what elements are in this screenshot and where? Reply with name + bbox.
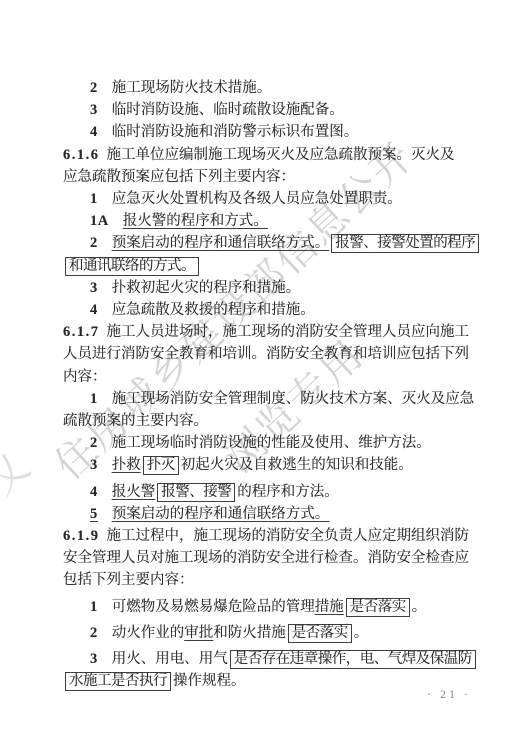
body-text: 人员进行消防安全教育和培训。消防安全教育和培训应包括下列 [63, 346, 469, 362]
body-text: 。 [354, 625, 369, 641]
body-text: 安全管理人员对施工现场的消防安全进行检查。消防安全检查应 [63, 550, 469, 566]
revision-underlined-text: 报火警 [112, 484, 156, 500]
clause-line: 6.1.7施工人员进场时，施工现场的消防安全管理人员应向施工 [63, 321, 475, 343]
item-number: 5 [90, 506, 98, 522]
body-text: 疏散预案的主要内容。 [63, 413, 208, 429]
item-number: 1A [90, 213, 109, 229]
revision-boxed-text: 是否存在违章操作，电、气焊及保温防 [230, 650, 476, 669]
list-item-line: 1A报火警的程序和方式。 [63, 210, 475, 232]
list-item-line: 3临时消防设施、临时疏散设施配备。 [63, 99, 475, 121]
revision-boxed-text: 是否落实 [346, 598, 410, 617]
revision-underlined-text: 审批 [184, 625, 213, 641]
body-text: 内容： [63, 369, 107, 385]
revision-underlined-text: 预案启动的程序和通信联络方式。 [112, 506, 330, 522]
revision-underlined-text: 措施 [315, 599, 344, 615]
list-item-line: 2预案启动的程序和通信联络方式。报警、接警处置的程序 [63, 232, 475, 254]
list-item-line: 3扑救扑灭初起火灾及自救逃生的知识和技能。 [63, 454, 475, 476]
list-item-line: 1可燃物及易燃易爆危险品的管理措施是否落实。 [63, 596, 475, 618]
list-item-line: 2动火作业的审批和防火措施是否落实。 [63, 622, 475, 644]
item-number: 1 [90, 191, 98, 207]
revision-boxed-text: 扑灭 [143, 456, 179, 475]
item-number: 2 [90, 80, 98, 96]
clause-number: 6.1.9 [63, 528, 100, 544]
body-text: 用火、用电、用气 [112, 651, 228, 667]
body-text: 包括下列主要内容： [63, 572, 194, 588]
wrapped-text-line: 和通讯联络的方式。 [63, 255, 475, 277]
wrapped-text-line: 内容： [63, 366, 475, 388]
list-item-line: 1应急灭火处置机构及各级人员应急处置职责。 [63, 188, 475, 210]
list-item-line: 1施工现场消防安全管理制度、防火技术方案、灭火及应急 [63, 388, 475, 410]
revision-boxed-text: 报警、接警 [157, 483, 235, 502]
list-item-line: 2施工现场临时消防设施的性能及使用、维护方法。 [63, 432, 475, 454]
page-number: · 21 · [427, 687, 471, 702]
watermark-fragment: 乂 [0, 444, 39, 503]
clause-line: 6.1.6施工单位应编制施工现场灭火及应急疏散预案。灭火及 [63, 144, 475, 166]
item-number: 4 [90, 124, 98, 140]
body-text: 施工人员进场时，施工现场的消防安全管理人员应向施工 [107, 324, 470, 340]
item-number: 3 [90, 280, 98, 296]
item-number: 1 [90, 391, 98, 407]
document-page: 住房城乡建设部信息公开 浏览专用 乂 2施工现场防火技术措施。3临时消防设施、临… [0, 0, 529, 738]
revision-boxed-text: 报警、接警处置的程序 [331, 234, 479, 253]
revision-underlined-text: 扑救 [112, 457, 141, 473]
body-text: 和防火措施 [213, 625, 286, 641]
item-number: 4 [90, 484, 98, 500]
item-number: 2 [90, 625, 98, 641]
body-text: 临时消防设施和消防警示标识布置图。 [112, 124, 359, 140]
clause-number: 6.1.7 [63, 324, 100, 340]
wrapped-text-line: 水施工是否执行操作规程。 [63, 670, 475, 692]
item-number: 2 [90, 235, 98, 251]
body-text: 施工过程中，施工现场的消防安全负责人应定期组织消防 [107, 528, 470, 544]
list-item-line: 4报火警报警、接警的程序和方法。 [63, 481, 475, 503]
wrapped-text-line: 疏散预案的主要内容。 [63, 410, 475, 432]
list-item-line: 2施工现场防火技术措施。 [63, 77, 475, 99]
wrapped-text-line: 包括下列主要内容： [63, 569, 475, 591]
item-number: 3 [90, 457, 98, 473]
body-text: 的程序和方法。 [237, 484, 339, 500]
item-number: 1 [90, 599, 98, 615]
revision-boxed-text: 和通讯联络的方式。 [65, 257, 199, 276]
wrapped-text-line: 安全管理人员对施工现场的消防安全进行检查。消防安全检查应 [63, 547, 475, 569]
body-text: 初起火灾及自救逃生的知识和技能。 [181, 457, 413, 473]
revision-underlined-text: 预案启动的程序和通信联络方式。 [112, 235, 330, 251]
body-text: 应急灭火处置机构及各级人员应急处置职责。 [112, 191, 402, 207]
body-text: 施工现场防火技术措施。 [112, 80, 272, 96]
body-text: 施工现场消防安全管理制度、防火技术方案、灭火及应急 [112, 391, 475, 407]
page-content: 2施工现场防火技术措施。3临时消防设施、临时疏散设施配备。4临时消防设施和消防警… [63, 77, 475, 692]
item-number: 4 [90, 302, 98, 318]
body-text: 施工现场临时消防设施的性能及使用、维护方法。 [112, 435, 431, 451]
list-item-line: 5预案启动的程序和通信联络方式。 [63, 503, 475, 525]
body-text: 可燃物及易燃易爆危险品的管理 [112, 599, 315, 615]
list-item-line: 3用火、用电、用气是否存在违章操作，电、气焊及保温防 [63, 648, 475, 670]
clause-number: 6.1.6 [63, 147, 100, 163]
body-text: 动火作业的 [112, 625, 185, 641]
body-text: 应急疏散预案应包括下列主要内容： [63, 169, 295, 185]
clause-line: 6.1.9施工过程中，施工现场的消防安全负责人应定期组织消防 [63, 525, 475, 547]
revision-boxed-text: 水施工是否执行 [65, 672, 171, 691]
body-text: 。 [412, 599, 427, 615]
body-text: 扑救初起火灾的程序和措施。 [112, 280, 301, 296]
item-number: 2 [90, 435, 98, 451]
list-item-line: 4临时消防设施和消防警示标识布置图。 [63, 121, 475, 143]
list-item-line: 4应急疏散及救援的程序和措施。 [63, 299, 475, 321]
revision-boxed-text: 是否落实 [288, 624, 352, 643]
wrapped-text-line: 应急疏散预案应包括下列主要内容： [63, 166, 475, 188]
list-item-line: 3扑救初起火灾的程序和措施。 [63, 277, 475, 299]
body-text: 操作规程。 [173, 673, 246, 689]
item-number: 3 [90, 651, 98, 667]
body-text: 应急疏散及救援的程序和措施。 [112, 302, 315, 318]
body-text: 临时消防设施、临时疏散设施配备。 [112, 102, 344, 118]
item-number: 3 [90, 102, 98, 118]
revision-underlined-text: 报火警的程序和方式。 [123, 213, 268, 229]
wrapped-text-line: 人员进行消防安全教育和培训。消防安全教育和培训应包括下列 [63, 343, 475, 365]
body-text: 施工单位应编制施工现场灭火及应急疏散预案。灭火及 [107, 147, 455, 163]
